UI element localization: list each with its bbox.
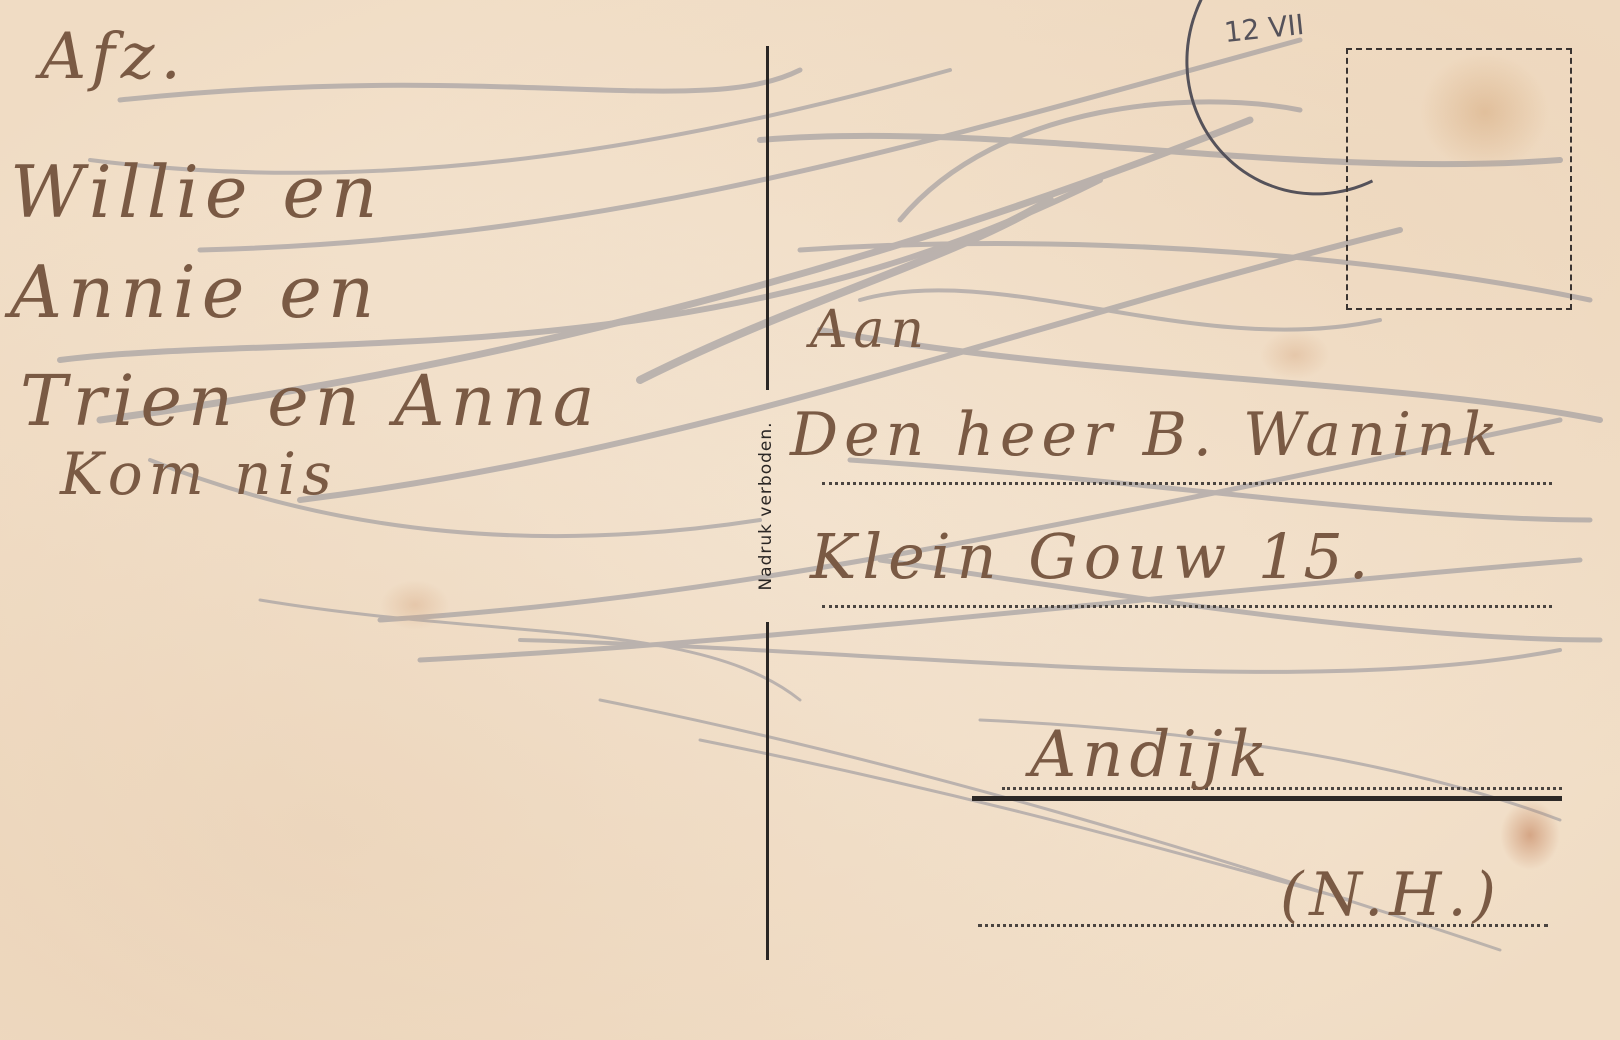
address-dotted-line	[822, 482, 1552, 485]
stamp-residue	[1420, 52, 1550, 172]
message-line: Trien en Anna	[20, 360, 601, 442]
stain	[1500, 800, 1560, 870]
center-divider-bottom	[766, 622, 769, 960]
message-line: Willie en	[10, 150, 383, 234]
message-line: Kom nis	[60, 440, 338, 508]
address-salutation: Aan	[810, 300, 930, 360]
address-line-province: (N.H.)	[1280, 860, 1502, 930]
address-dotted-line	[978, 924, 1548, 927]
address-line-name: Den heer B. Wanink	[790, 400, 1504, 470]
stain	[380, 580, 450, 630]
imprint-text: Nadruk verboden.	[756, 421, 776, 590]
address-dotted-line	[822, 605, 1552, 608]
center-divider-top	[766, 46, 769, 390]
postcard-back: 12 VII Nadruk verboden. Afz. Willie en A…	[0, 0, 1620, 1040]
address-line-street: Klein Gouw 15.	[810, 520, 1374, 593]
sender-label: Afz.	[40, 20, 187, 94]
city-underline	[972, 796, 1562, 801]
address-line-city: Andijk	[1030, 718, 1274, 792]
stain	[1260, 330, 1330, 380]
message-line: Annie en	[10, 250, 380, 334]
